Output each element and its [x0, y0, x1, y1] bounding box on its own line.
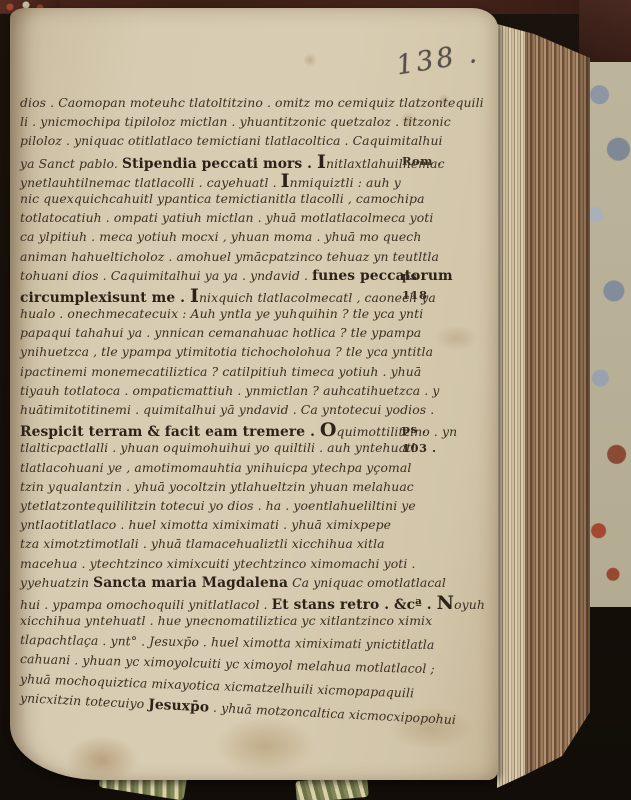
text-run: ytetlatzontequililitzin totecui yo dios …	[20, 498, 416, 513]
manuscript-line: tiyauh totlatoca . ompaticmattiuh . ynmi…	[20, 383, 478, 402]
text-run: tza ximotztimotlali . yhuā tlamacehualiz…	[20, 536, 385, 551]
manuscript-line: tza ximotztimotlali . yhuā tlamacehualiz…	[20, 536, 478, 555]
manuscript-line: Respicit terram & facit eam tremere . Oq…	[20, 421, 478, 440]
text-run: ya Sanct pablo.	[20, 156, 122, 171]
text-run: I	[317, 151, 326, 173]
manuscript-line: xicchihua yntehuatl . hue ynecnomatilizt…	[20, 613, 478, 632]
text-run: tlalticpactlalli . yhuan oquimohuihui yo…	[20, 440, 423, 455]
manuscript-line: papaqui tahahui ya . ynnican cemanahuac …	[20, 325, 478, 344]
text-run: piloloz . yniquac otitlatlaco temictiani…	[20, 133, 443, 148]
text-run: li . ynicmochipa tipiloloz mictlan . yhu…	[20, 114, 451, 129]
text-run: tohuani dios . Caquimitalhui ya ya . ynd…	[20, 268, 312, 283]
manuscript-line: nic quexquichcahuitl ypantica temictiani…	[20, 191, 478, 210]
manuscript-line: tohuani dios . Caquimitalhui ya ya . ynd…	[20, 268, 478, 287]
text-run: animan hahuelticholoz . amohuel ymācpatz…	[20, 249, 439, 264]
text-run: xicchihua yntehuatl . hue ynecnomatilizt…	[20, 613, 432, 628]
manuscript-line: circumplexisunt me . Inixquich tlatlacol…	[20, 287, 478, 306]
text-run: Respicit terram & facit eam tremere .	[20, 424, 320, 440]
text-run: hui . ypampa omochoquili ynitlatlacol .	[20, 597, 272, 612]
margin-note: ps	[402, 269, 418, 283]
text-run: I	[281, 170, 290, 192]
manuscript-line: yntlaotitlatlaco . huel ximotta ximixima…	[20, 517, 478, 536]
text-run: totlatocatiuh . ompati yatiuh mictlan . …	[20, 210, 433, 225]
text-run: circumplexisunt me .	[20, 290, 190, 306]
fore-edge-page-stack	[497, 0, 590, 800]
folio-number: 138 .	[394, 38, 482, 82]
text-run: ca ylpitiuh . meca yotiuh mocxi , yhuan …	[20, 229, 421, 244]
manuscript-line: ynihuetzca , tle ypampa ytimitotia ticho…	[20, 344, 478, 363]
page-edges-light	[497, 0, 525, 800]
manuscript-line: piloloz . yniquac otitlatlaco temictiani…	[20, 133, 478, 152]
page-edges-dark	[525, 0, 590, 800]
margin-note: ps .	[402, 422, 427, 436]
text-run: Et stans retro . &cª .	[272, 597, 437, 613]
text-run: I	[190, 285, 199, 307]
manuscript-line: ca ylpitiuh . meca yotiuh mocxi , yhuan …	[20, 229, 478, 248]
margin-note: 103 .	[402, 441, 437, 455]
manuscript-line: ytetlatzontequililitzin totecui yo dios …	[20, 498, 478, 517]
text-run: tiyauh totlatoca . ompaticmattiuh . ynmi…	[20, 383, 439, 398]
manuscript-line: ipactinemi monemecatiliztica ? catilpiti…	[20, 364, 478, 383]
manuscript-line: dios . Caomopan moteuhc tlatoltitzino . …	[20, 95, 478, 114]
text-run: funes peccatorum	[312, 268, 453, 284]
text-run: ynihuetzca , tle ypampa ytimitotia ticho…	[20, 344, 433, 359]
manuscript-line: tlalticpactlalli . yhuan oquimohuihui yo…	[20, 440, 478, 459]
text-run: quimottilitzino . yn	[337, 424, 458, 439]
manuscript-line: totlatocatiuh . ompati yatiuh mictlan . …	[20, 210, 478, 229]
text-run: tlatlacohuani ye , amotimomauhtia ynihui…	[20, 460, 411, 475]
text-run: huātimitotitinemi . quimitalhui yā yndav…	[20, 402, 434, 417]
text-run: macehua . ytechtzinco ximixcuiti ytechtz…	[20, 556, 416, 571]
text-run: papaqui tahahui ya . ynnican cemanahuac …	[20, 325, 421, 340]
manuscript-line: li . ynicmochipa tipiloloz mictlan . yhu…	[20, 114, 478, 133]
manuscript-line: hui . ypampa omochoquili ynitlatlacol . …	[20, 594, 478, 613]
text-run: Sancta maria Magdalena	[93, 575, 288, 591]
text-run: O	[320, 419, 337, 441]
manuscript-line: tzin yqualantzin . yhuā yocoltzin ytlahu…	[20, 479, 478, 498]
text-run: tlapachtlaça . ynt° . Jesuxp̄o . huel xi…	[20, 632, 435, 652]
text-run: dios . Caomopan moteuhc tlatoltitzino . …	[20, 95, 484, 110]
text-run: tzin yqualantzin . yhuā yocoltzin ytlahu…	[20, 479, 414, 494]
manuscript-line: ynetlauhtilnemac tlatlacolli . cayehuatl…	[20, 172, 478, 191]
text-run: ipactinemi monemecatiliztica ? catilpiti…	[20, 364, 421, 379]
text-block: dios . Caomopan moteuhc tlatoltitzino . …	[20, 95, 478, 709]
text-run: Jesuxp̄o	[148, 696, 210, 715]
margin-note: Rom .	[402, 154, 442, 168]
marbled-endpaper	[586, 62, 631, 607]
text-run: hualo . onechmecatecuix : Auh yntla ye y…	[20, 306, 423, 321]
manuscript-line: yyehuatzin Sancta maria Magdalena Ca yni…	[20, 575, 478, 594]
manuscript-line: huātimitotitinemi . quimitalhui yā yndav…	[20, 402, 478, 421]
manuscript-line: macehua . ytechtzinco ximixcuiti ytechtz…	[20, 556, 478, 575]
text-run: oyuh	[454, 597, 485, 612]
manuscript-line: tlatlacohuani ye , amotimomauhtia ynihui…	[20, 460, 478, 479]
manuscript-page: 138 . dios . Caomopan moteuhc tlatoltitz…	[10, 8, 498, 780]
manuscript-line: ya Sanct pablo. Stipendia peccati mors .…	[20, 153, 478, 172]
text-run: nic quexquichcahuitl ypantica temictiani…	[20, 191, 425, 206]
text-run: yyehuatzin	[20, 575, 93, 590]
text-run: N	[437, 592, 454, 614]
text-run: ynetlauhtilnemac tlatlacolli . cayehuatl…	[20, 175, 281, 190]
text-run: nixquich tlatlacolmecatl , caonech ya	[199, 290, 436, 305]
text-run: yntlaotitlatlaco . huel ximotta ximixima…	[20, 517, 391, 532]
manuscript-line: hualo . onechmecatecuix : Auh yntla ye y…	[20, 306, 478, 325]
text-run: nmiquiztli : auh y	[290, 175, 401, 190]
text-run: Ca yniquac omotlatlacal	[288, 575, 446, 590]
margin-note: 118	[402, 288, 428, 302]
manuscript-photo: 138 . dios . Caomopan moteuhc tlatoltitz…	[0, 0, 631, 800]
manuscript-line: animan hahuelticholoz . amohuel ymācpatz…	[20, 249, 478, 268]
